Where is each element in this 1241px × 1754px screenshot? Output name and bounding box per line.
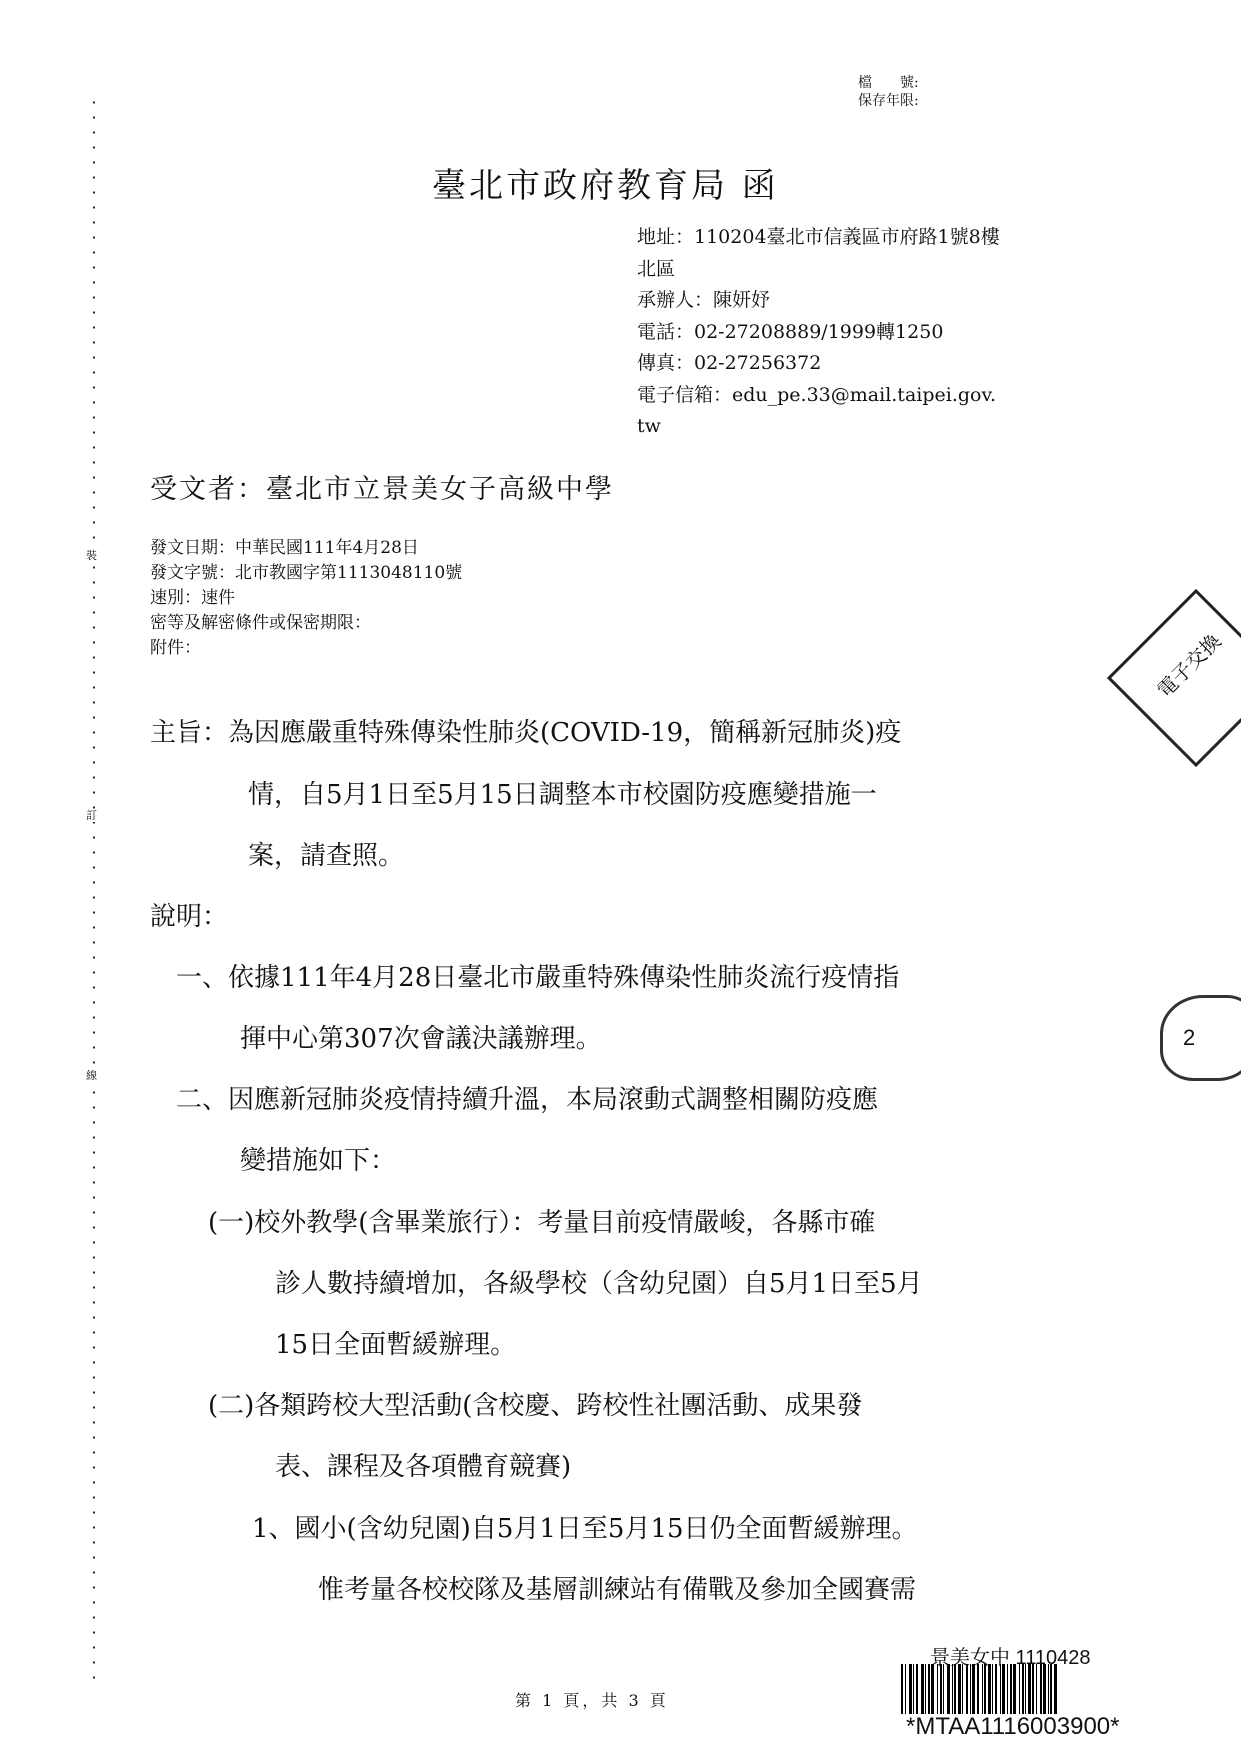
recipient: 受文者：臺北市立景美女子高級中學 xyxy=(150,467,614,506)
binding-dots xyxy=(93,95,95,1685)
handler: 承辦人：陳妍妤 xyxy=(637,285,1000,317)
point1-line2: 惟考量各校校隊及基層訓練站有備戰及參加全國賽需 xyxy=(318,1569,916,1606)
sub2-line2: 表、課程及各項體育競賽) xyxy=(275,1446,571,1483)
file-meta: 檔 號: 保存年限: xyxy=(858,74,919,110)
document-number: 發文字號：北市教國字第1113048110號 xyxy=(150,561,462,586)
email-line2: tw xyxy=(637,411,1000,443)
sub1-line3: 15日全面暫緩辦理。 xyxy=(275,1324,516,1361)
barcode-text: *MTAA1116003900* xyxy=(906,1713,1119,1741)
address-line2: 北區 xyxy=(637,254,1000,286)
retention-label: 保存年限: xyxy=(858,92,919,110)
contact-block: 地址：110204臺北市信義區市府路1號8樓 北區 承辦人：陳妍妤 電話：02-… xyxy=(637,222,1000,443)
phone: 電話：02-27208889/1999轉1250 xyxy=(637,317,1000,349)
binding-mark-ding: 訂 xyxy=(86,810,97,822)
item1-line1: 一、依據111年4月28日臺北市嚴重特殊傳染性肺炎流行疫情指 xyxy=(176,957,899,994)
email-line1: 電子信箱：edu_pe.33@mail.taipei.gov. xyxy=(637,380,1000,412)
speed: 速別：速件 xyxy=(150,586,462,611)
fax: 傳真：02-27256372 xyxy=(637,348,1000,380)
subject-line1: 主旨：為因應嚴重特殊傳染性肺炎(COVID-19，簡稱新冠肺炎)疫 xyxy=(150,712,901,749)
binding-mark-xian: 線 xyxy=(86,1070,97,1082)
subject-line3: 案，請查照。 xyxy=(248,835,404,872)
document-meta: 發文日期：中華民國111年4月28日 發文字號：北市教國字第1113048110… xyxy=(150,536,462,661)
explanation-heading: 說明： xyxy=(150,896,228,933)
document-title: 臺北市政府教育局 函 xyxy=(432,158,779,207)
secrecy: 密等及解密條件或保密期限： xyxy=(150,611,462,636)
seal-number: 2 xyxy=(1183,1025,1195,1051)
binding-mark-zhuang: 裝 xyxy=(86,550,97,562)
item2-line2: 變措施如下： xyxy=(240,1140,396,1177)
sub1-line1: (一)校外教學(含畢業旅行）：考量目前疫情嚴峻，各縣市確 xyxy=(208,1202,875,1239)
sub2-line1: (二)各類跨校大型活動(含校慶、跨校性社團活動、成果發 xyxy=(208,1385,862,1422)
issue-date: 發文日期：中華民國111年4月28日 xyxy=(150,536,462,561)
address-line1: 地址：110204臺北市信義區市府路1號8樓 xyxy=(637,222,1000,254)
barcode xyxy=(901,1664,1141,1714)
page-number: 第 1 頁，共 3 頁 xyxy=(515,1688,669,1711)
attachment: 附件： xyxy=(150,636,462,661)
item2-line1: 二、因應新冠肺炎疫情持續升溫，本局滾動式調整相關防疫應 xyxy=(176,1079,878,1116)
sub1-line2: 診人數持續增加，各級學校（含幼兒園）自5月1日至5月 xyxy=(275,1263,923,1300)
point1-line1: 1、國小(含幼兒園)自5月1日至5月15日仍全面暫緩辦理。 xyxy=(252,1508,918,1545)
binding-line: 裝 訂 線 xyxy=(88,95,102,1685)
item1-line2: 揮中心第307次會議決議辦理。 xyxy=(240,1018,602,1055)
seal-icon xyxy=(1160,995,1241,1081)
subject-line2: 情，自5月1日至5月15日調整本市校園防疫應變措施一 xyxy=(248,774,877,811)
file-number-label: 檔 號: xyxy=(858,74,919,92)
